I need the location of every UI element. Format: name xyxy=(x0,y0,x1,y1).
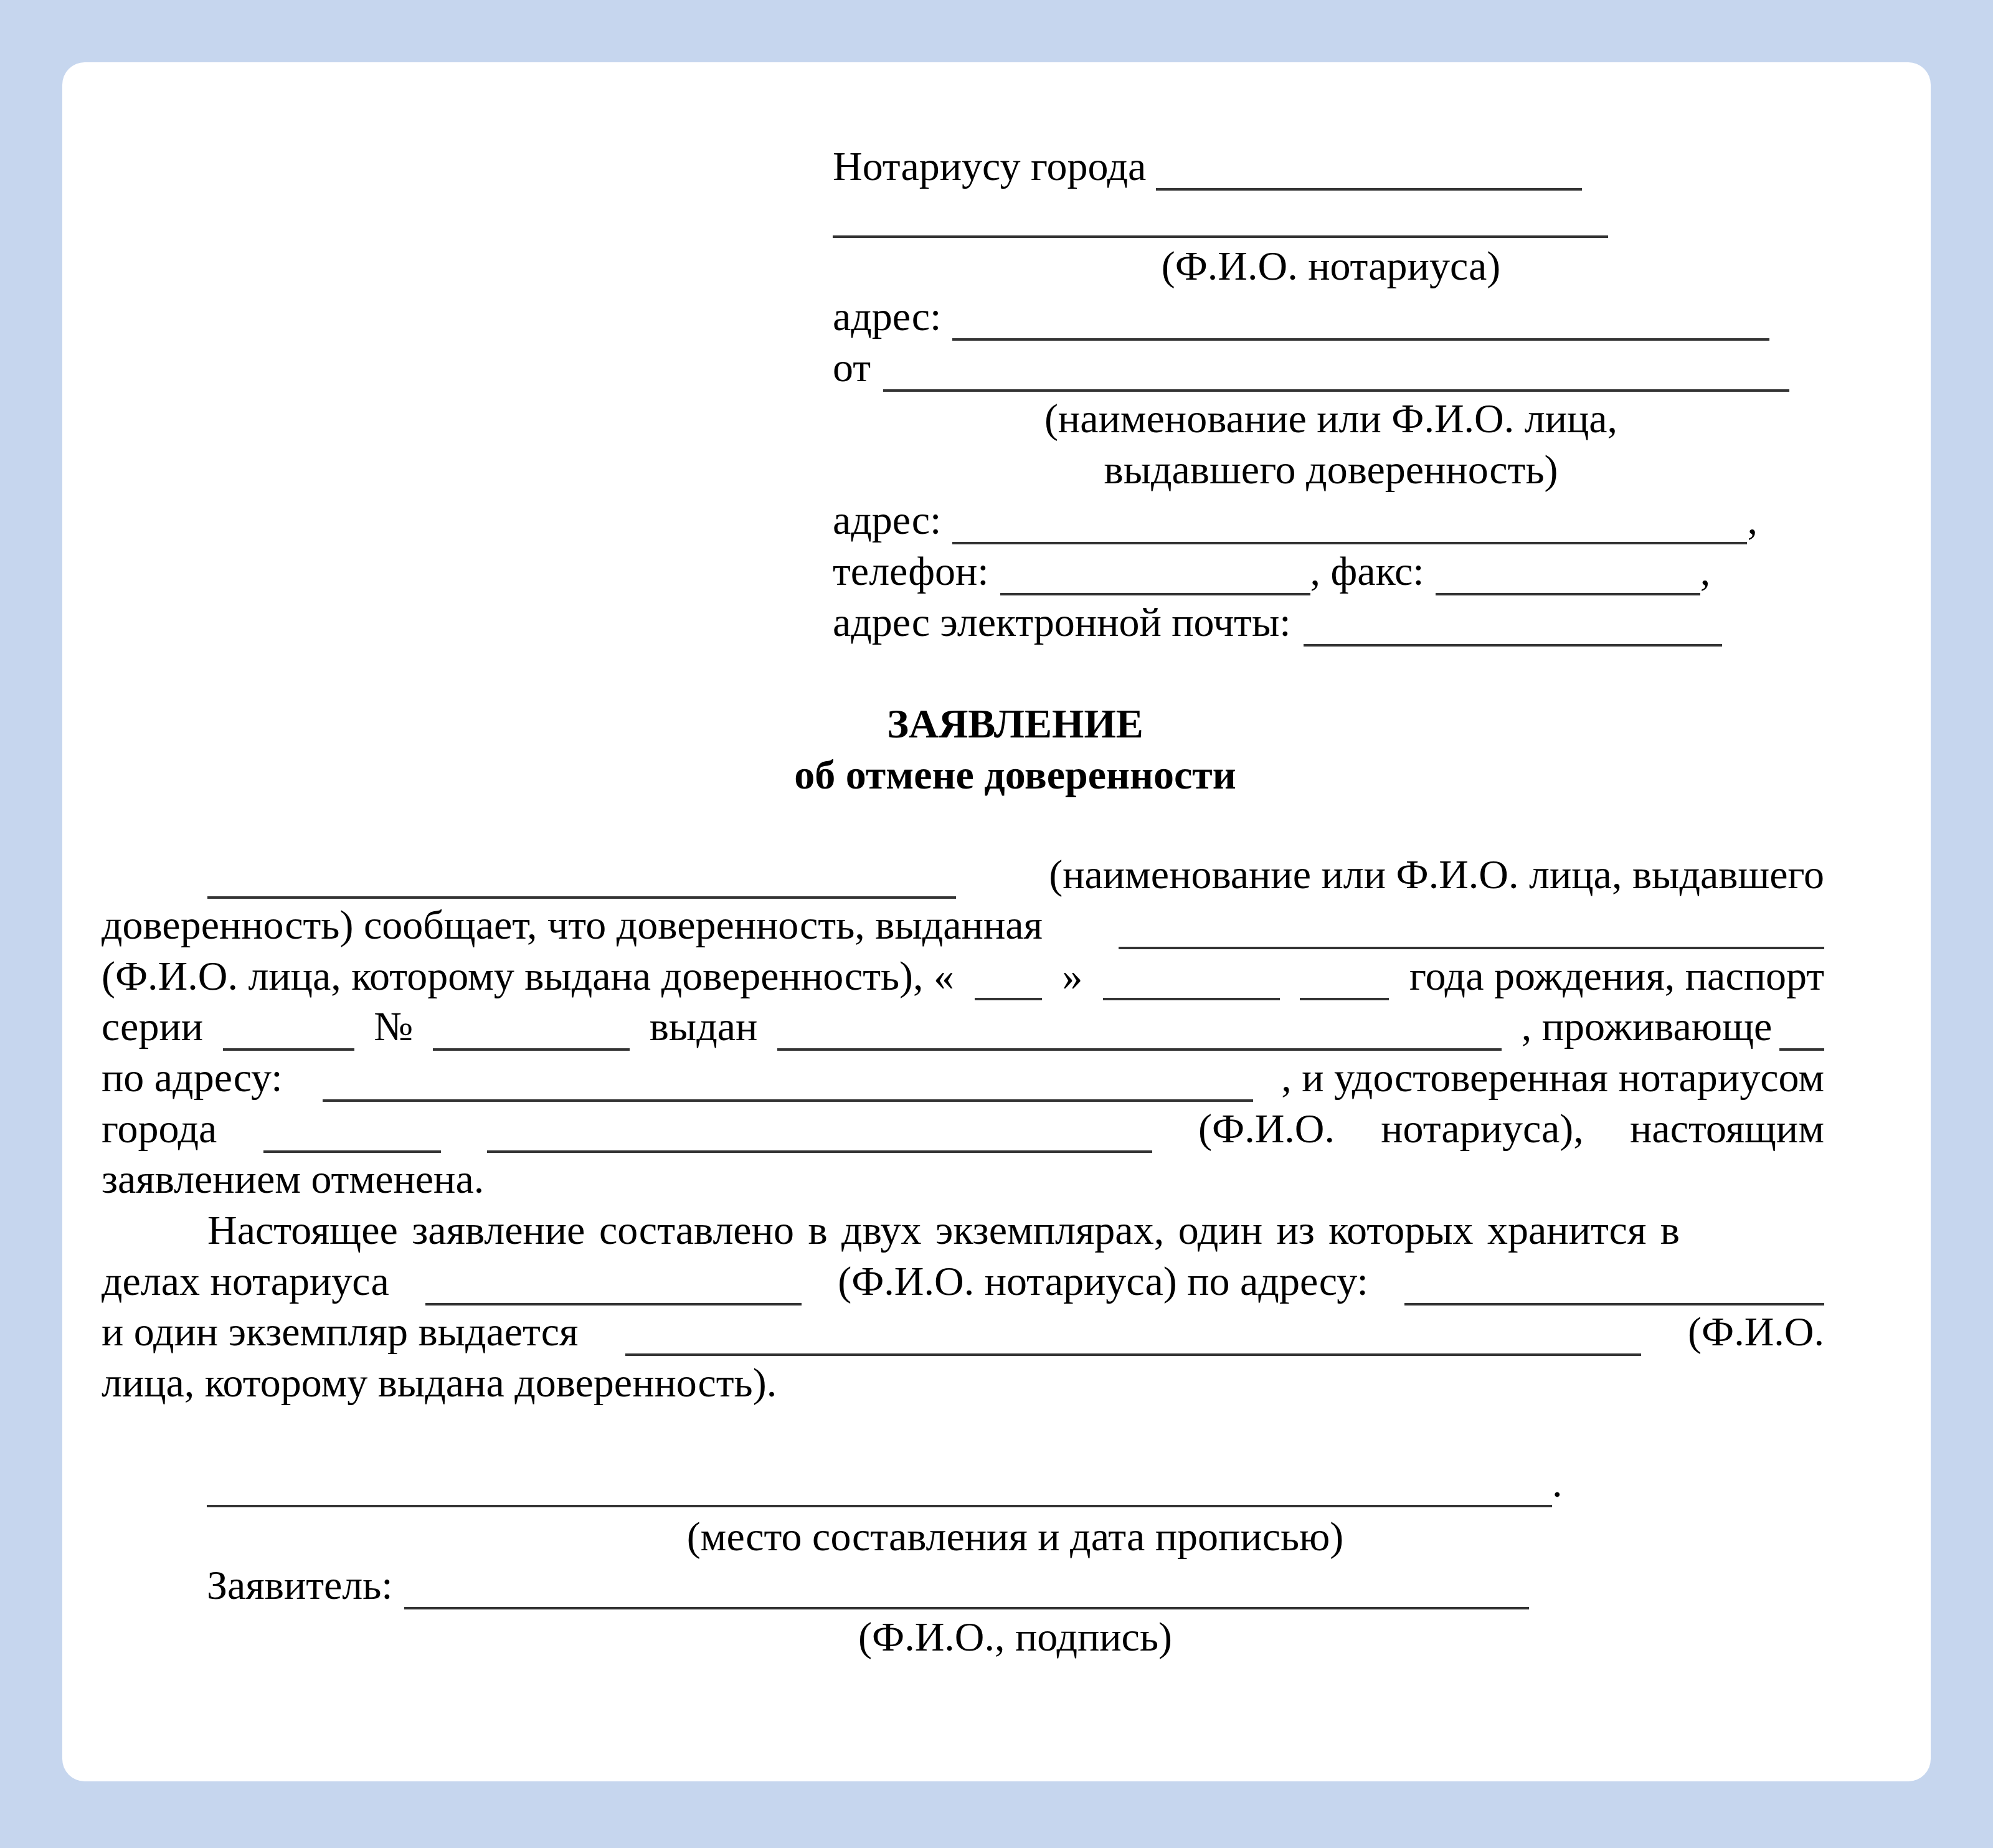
body-text: города xyxy=(102,1104,217,1154)
body-line-9: делах нотариуса (Ф.И.О. нотариуса) по ад… xyxy=(102,1257,1824,1305)
body-text: и один экземпляр выдается xyxy=(102,1307,578,1357)
notary-city-field[interactable] xyxy=(1156,142,1582,191)
birth-year-field[interactable] xyxy=(1300,952,1389,1000)
grantor-address-row: адрес: , xyxy=(833,496,1758,544)
body-line-5: по адресу: , и удостоверенная нотариусом xyxy=(102,1053,1824,1102)
passport-number-field[interactable] xyxy=(433,1002,630,1051)
notary-name-hint-row: (Ф.И.О. нотариуса) xyxy=(1082,242,1580,290)
applicant-hint: (Ф.И.О., подпись) xyxy=(858,1613,1172,1662)
grantor-name-body-field[interactable] xyxy=(207,850,956,899)
grantor-hint-row-2: выдавшего доверенность) xyxy=(957,445,1705,494)
place-date-row: . xyxy=(207,1459,1563,1507)
applicant-signature-field[interactable] xyxy=(404,1561,1529,1609)
applicant-label: Заявитель: xyxy=(207,1561,393,1611)
applicant-hint-row: (Ф.И.О., подпись) xyxy=(641,1613,1389,1661)
body-line-8: Настоящее заявление составлено в двух эк… xyxy=(207,1206,1824,1254)
body-text: года рождения, паспорт xyxy=(1409,952,1824,1002)
body-text: , проживающе xyxy=(1522,1002,1773,1052)
body-text: , и удостоверенная нотариусом xyxy=(1281,1053,1824,1103)
body-text: серии xyxy=(102,1002,203,1052)
comma: , xyxy=(1747,496,1758,546)
document-subtitle: об отмене доверенности xyxy=(794,751,1236,800)
period: . xyxy=(1552,1459,1563,1509)
fax-label: , факс: xyxy=(1310,547,1424,597)
email-row: адрес электронной почты: xyxy=(833,598,1722,647)
from-row: от xyxy=(833,343,1789,392)
notary-city-label: Нотариусу города xyxy=(833,142,1146,192)
header-notary-name-row xyxy=(833,189,1608,238)
body-text: выдан xyxy=(650,1002,758,1052)
body-text: нотариуса), xyxy=(1381,1104,1584,1154)
body-text: » xyxy=(1062,952,1082,1002)
certifying-city-field[interactable] xyxy=(263,1104,441,1153)
body-text: (наименование или Ф.И.О. лица, выдавшего xyxy=(1049,850,1824,900)
body-text: (Ф.И.О. xyxy=(1688,1307,1824,1357)
body-text: Настоящее заявление составлено в двух эк… xyxy=(207,1206,1680,1256)
body-text: настоящим xyxy=(1630,1104,1824,1154)
body-text: заявлением отменена. xyxy=(102,1155,484,1205)
birth-month-field[interactable] xyxy=(1103,952,1280,1000)
place-date-hint: (место составления и дата прописью) xyxy=(687,1512,1344,1562)
keeping-notary-field[interactable] xyxy=(425,1257,802,1305)
body-line-6: города (Ф.И.О. нотариуса), настоящим xyxy=(102,1104,1824,1153)
phone-label: телефон: xyxy=(833,547,989,597)
birth-day-field[interactable] xyxy=(975,952,1042,1000)
applicant-row: Заявитель: xyxy=(207,1561,1529,1609)
body-text: (Ф.И.О. лица, которому выдана довереннос… xyxy=(102,952,954,1002)
grantor-address-label: адрес: xyxy=(833,496,941,546)
email-label: адрес электронной почты: xyxy=(833,598,1291,648)
notary-address-field[interactable] xyxy=(952,292,1769,341)
body-line-11: лица, которому выдана доверенность). xyxy=(102,1358,777,1407)
grantor-hint-line2: выдавшего доверенность) xyxy=(1104,445,1558,495)
passport-series-field[interactable] xyxy=(223,1002,354,1051)
notary-name-field[interactable] xyxy=(833,189,1608,238)
notary-name-hint: (Ф.И.О. нотариуса) xyxy=(1162,242,1501,291)
body-line-1: (наименование или Ф.И.О. лица, выдавшего xyxy=(207,850,1824,899)
body-text: (Ф.И.О. xyxy=(1198,1104,1335,1154)
document-subtitle-row: об отмене доверенности xyxy=(641,751,1389,799)
body-line-2: доверенность) сообщает, что доверенность… xyxy=(102,901,1824,949)
phone-field[interactable] xyxy=(1000,547,1310,595)
comma: , xyxy=(1700,547,1711,597)
passport-issuer-field[interactable] xyxy=(777,1002,1502,1051)
notary-address-row: адрес: xyxy=(833,292,1769,341)
body-line-4: серии № выдан , проживающе xyxy=(102,1002,1824,1051)
phone-fax-row: телефон: , факс: , xyxy=(833,547,1710,595)
grantor-name-field[interactable] xyxy=(883,343,1789,392)
keeping-notary-address-field[interactable] xyxy=(1404,1257,1824,1305)
fax-field[interactable] xyxy=(1436,547,1700,595)
attorney-address-field[interactable] xyxy=(323,1053,1253,1102)
header-notary-city-row: Нотариусу города xyxy=(833,142,1582,191)
certifying-notary-field[interactable] xyxy=(487,1104,1152,1153)
body-text: по адресу: xyxy=(102,1053,283,1103)
notary-address-label: адрес: xyxy=(833,292,941,342)
place-date-hint-row: (место составления и дата прописью) xyxy=(641,1512,1389,1561)
body-line-10: и один экземпляр выдается (Ф.И.О. xyxy=(102,1307,1824,1356)
body-text: № xyxy=(374,1002,413,1052)
body-text: делах нотариуса xyxy=(102,1257,389,1307)
body-text: (Ф.И.О. нотариуса) по адресу: xyxy=(838,1257,1368,1307)
document-title: ЗАЯВЛЕНИЕ xyxy=(887,699,1143,749)
from-label: от xyxy=(833,343,871,393)
body-line-3: (Ф.И.О. лица, которому выдана довереннос… xyxy=(102,952,1824,1000)
gender-suffix-field[interactable] xyxy=(1779,1002,1824,1051)
attorney-name-field[interactable] xyxy=(1119,901,1824,949)
body-text: лица, которому выдана доверенность). xyxy=(102,1358,777,1408)
email-field[interactable] xyxy=(1304,598,1722,647)
copy-recipient-field[interactable] xyxy=(625,1307,1641,1356)
document-title-row: ЗАЯВЛЕНИЕ xyxy=(641,699,1389,748)
body-line-7: заявлением отменена. xyxy=(102,1155,484,1203)
grantor-hint-line1: (наименование или Ф.И.О. лица, xyxy=(1044,394,1617,444)
body-text: доверенность) сообщает, что доверенность… xyxy=(102,901,1043,950)
grantor-hint-row-1: (наименование или Ф.И.О. лица, xyxy=(957,394,1705,443)
place-date-field[interactable] xyxy=(207,1459,1552,1507)
grantor-address-field[interactable] xyxy=(952,496,1747,544)
